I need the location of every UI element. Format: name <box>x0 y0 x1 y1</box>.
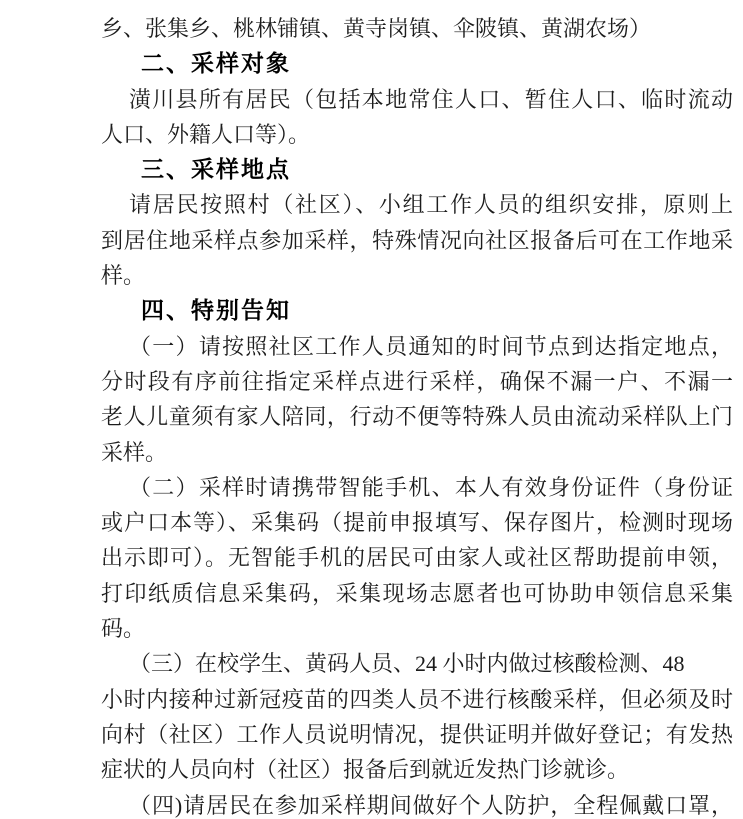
document-line: （三）在校学生、黄码人员、24 小时内做过核酸检测、48 <box>101 646 733 681</box>
document-line: 分时段有序前往指定采样点进行采样，确保不漏一户、不漏一人。 <box>101 364 733 399</box>
text-block: 乡、张集乡、桃林铺镇、黄寺岗镇、伞陂镇、黄湖农场）二、采样对象潢川县所有居民（包… <box>101 11 733 819</box>
document-line: 码。 <box>101 611 733 646</box>
section-heading: 四、特别告知 <box>101 293 733 328</box>
document-page: 乡、张集乡、桃林铺镇、黄寺岗镇、伞陂镇、黄湖农场）二、采样对象潢川县所有居民（包… <box>0 0 743 819</box>
section-heading: 二、采样对象 <box>101 46 733 81</box>
document-line: 乡、张集乡、桃林铺镇、黄寺岗镇、伞陂镇、黄湖农场） <box>101 11 733 46</box>
document-line: 采样。 <box>101 435 733 470</box>
document-line: 请居民按照村（社区）、小组工作人员的组织安排，原则上 <box>101 187 733 222</box>
section-heading: 三、采样地点 <box>101 152 733 187</box>
document-line: 潢川县所有居民（包括本地常住人口、暂住人口、临时流动 <box>101 82 733 117</box>
document-line: （一）请按照社区工作人员通知的时间节点到达指定地点， <box>101 329 733 364</box>
document-line: 出示即可）。无智能手机的居民可由家人或社区帮助提前申领， <box>101 540 733 575</box>
document-line: 样。 <box>101 258 733 293</box>
document-line: 到居住地采样点参加采样，特殊情况向社区报备后可在工作地采 <box>101 223 733 258</box>
document-line: （二）采样时请携带智能手机、本人有效身份证件（身份证 <box>101 470 733 505</box>
document-line: 症状的人员向村（社区）报备后到就近发热门诊就诊。 <box>101 752 733 787</box>
document-line: 向村（社区）工作人员说明情况，提供证明并做好登记；有发热 <box>101 717 733 752</box>
document-line: （四)请居民在参加采样期间做好个人防护，全程佩戴口罩， <box>101 788 733 819</box>
document-line: 小时内接种过新冠疫苗的四类人员不进行核酸采样，但必须及时 <box>101 682 733 717</box>
document-line: 打印纸质信息采集码，采集现场志愿者也可协助申领信息采集 <box>101 576 733 611</box>
document-line: 或户口本等）、采集码（提前申报填写、保存图片，检测时现场 <box>101 505 733 540</box>
document-line: 老人儿童须有家人陪同，行动不便等特殊人员由流动采样队上门 <box>101 399 733 434</box>
document-line: 人口、外籍人口等）。 <box>101 117 733 152</box>
